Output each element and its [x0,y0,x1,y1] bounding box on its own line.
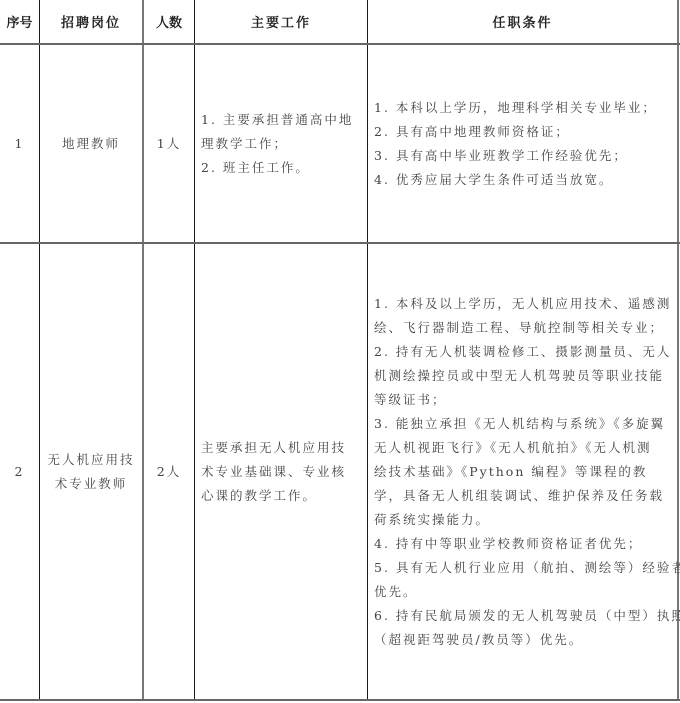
requirements-line: 4. 优秀应届大学生条件可适当放宽。 [374,168,657,192]
duties-line: 1. 主要承担普通高中地 [201,108,353,132]
requirements-line: 2. 具有高中地理教师资格证； [374,120,657,144]
header-position: 招聘岗位 [40,0,142,43]
requirements-line: 优先。 [374,580,680,604]
duties-line: 心课的教学工作。 [201,484,346,508]
requirements-line: 6. 持有民航局颁发的无人机驾驶员（中型）执照 [374,604,680,628]
position-line: 术专业教师 [47,472,134,496]
count-value: 2人 [157,460,181,484]
duties-line: 术专业基础课、专业核 [201,460,346,484]
table-row-2-duties: 主要承担无人机应用技 术专业基础课、专业核 心课的教学工作。 [195,244,367,699]
requirements-line: 荷系统实操能力。 [374,508,680,532]
requirements-line: 4. 持有中等职业学校教师资格证者优先； [374,532,680,556]
requirements-line: 1. 本科以上学历，地理科学相关专业毕业； [374,96,657,120]
table-row-2-requirements: 1. 本科及以上学历，无人机应用技术、遥感测 绘、飞行器制造工程、导航控制等相关… [368,244,677,699]
header-count-label: 人数 [156,12,182,31]
requirements-line: 等级证书； [374,388,680,412]
position-value: 地理教师 [62,132,120,156]
table-row-1-count: 1人 [144,45,194,242]
header-requirements: 任职条件 [368,0,677,43]
header-seq-label: 序号 [6,12,32,31]
table-row-2-count: 2人 [144,244,194,699]
seq-value: 1 [15,132,25,156]
header-position-label: 招聘岗位 [61,12,121,31]
recruitment-table: 序号 招聘岗位 人数 主要工作 任职条件 1 地理教师 1人 1. 主要承担普通… [0,0,680,703]
requirements-line: （超视距驾驶员/教员等）优先。 [374,628,680,652]
header-requirements-label: 任职条件 [492,12,552,31]
table-row-2-position: 无人机应用技 术专业教师 [40,244,142,699]
header-duties-label: 主要工作 [251,12,311,31]
table-row-1-position: 地理教师 [40,45,142,242]
requirements-line: 2. 持有无人机装调检修工、摄影测量员、无人 [374,340,680,364]
duties-line: 2. 班主任工作。 [201,156,353,180]
table-row-1-seq: 1 [0,45,39,242]
requirements-line: 学，具备无人机组装调试、维护保养及任务载 [374,484,680,508]
header-duties: 主要工作 [195,0,367,43]
requirements-line: 3. 能独立承担《无人机结构与系统》《多旋翼 [374,412,680,436]
table-bottom-border [0,699,680,701]
duties-line: 主要承担无人机应用技 [201,436,346,460]
header-count: 人数 [144,0,194,43]
position-line: 无人机应用技 [47,448,134,472]
requirements-line: 1. 本科及以上学历，无人机应用技术、遥感测 [374,292,680,316]
requirements-line: 3. 具有高中毕业班教学工作经验优先； [374,144,657,168]
table-row-1-duties: 1. 主要承担普通高中地 理教学工作； 2. 班主任工作。 [195,45,367,242]
requirements-line: 绘、飞行器制造工程、导航控制等相关专业； [374,316,680,340]
requirements-line: 绘技术基础》《Python 编程》等课程的教 [374,460,680,484]
table-row-1-requirements: 1. 本科以上学历，地理科学相关专业毕业； 2. 具有高中地理教师资格证； 3.… [368,45,677,242]
count-value: 1人 [157,132,181,156]
table-row-2-seq: 2 [0,244,39,699]
requirements-line: 机测绘操控员或中型无人机驾驶员等职业技能 [374,364,680,388]
requirements-line: 无人机视距飞行》《无人机航拍》《无人机测 [374,436,680,460]
header-seq: 序号 [0,0,39,43]
duties-line: 理教学工作； [201,132,353,156]
seq-value: 2 [15,460,25,484]
requirements-line: 5. 具有无人机行业应用（航拍、测绘等）经验者 [374,556,680,580]
